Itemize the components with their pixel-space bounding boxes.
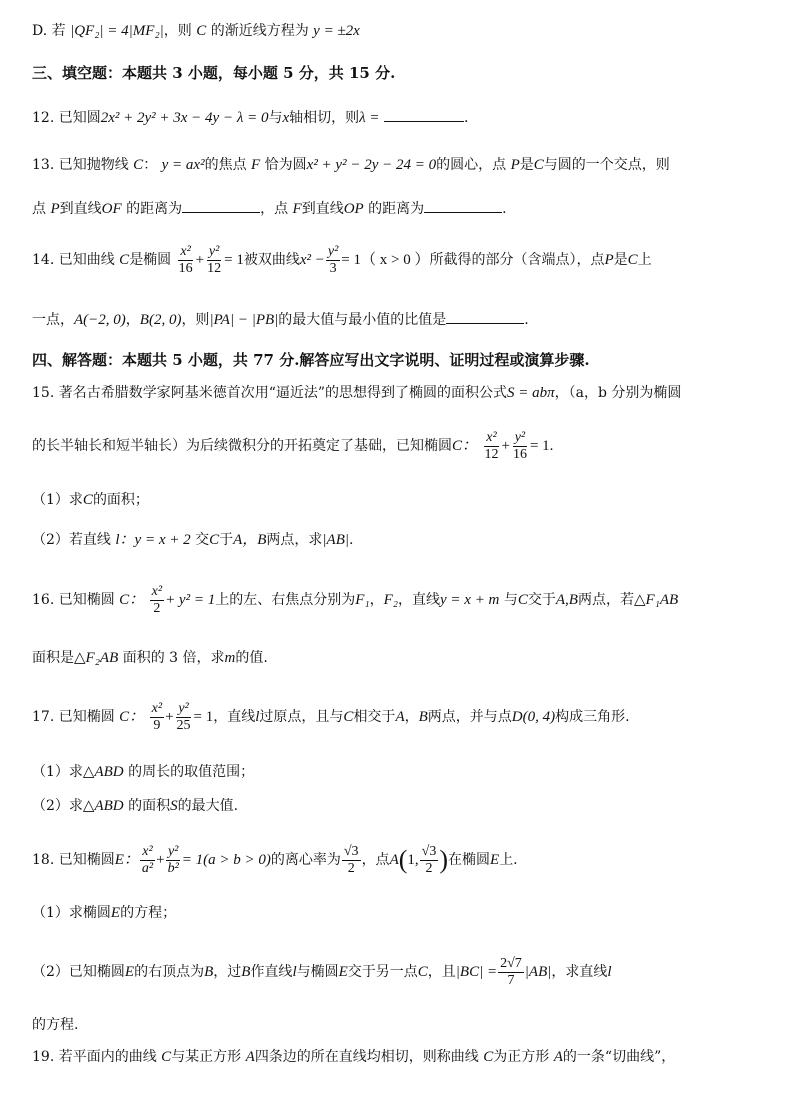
- math-triangle: △F₁AB: [634, 592, 678, 608]
- answer-blank[interactable]: [384, 107, 464, 122]
- numerator: x²: [150, 701, 164, 718]
- question-number: 18. 已知椭圆: [32, 852, 115, 868]
- question-15-part-1: （1）求C的面积；: [32, 490, 149, 510]
- text: 到直线: [60, 201, 102, 217]
- text: 的离心率为: [271, 852, 341, 868]
- numerator: x²: [150, 584, 164, 601]
- math-var: S: [170, 798, 178, 814]
- option-label: D. 若: [32, 23, 66, 39]
- question-number: 15. 著名古希腊数学家阿基米德首次用“逼近法”的思想得到了椭圆的面积公式: [32, 385, 507, 401]
- question-number: 13. 已知抛物线: [32, 157, 129, 173]
- operator: +: [196, 252, 204, 268]
- text: 轴相切，则: [289, 110, 359, 126]
- math-var: C: [133, 157, 143, 173]
- math-var: E：: [115, 852, 139, 868]
- denominator: 3: [328, 261, 339, 277]
- text: ，且: [428, 964, 456, 980]
- text: 在椭圆: [448, 852, 490, 868]
- question-13-line-1: 13. 已知抛物线 C： y = ax²的焦点 F 恰为圆x² + y² − 2…: [32, 155, 670, 175]
- math-equation: = 1: [194, 709, 214, 725]
- text: 一点，: [32, 312, 74, 328]
- text: 点: [32, 201, 46, 217]
- numerator: y²: [176, 701, 190, 718]
- numerator: x²: [178, 244, 192, 261]
- math-equation: = 1.: [530, 438, 553, 454]
- math-var: C: [534, 157, 544, 173]
- text: 过原点，且与: [259, 709, 343, 725]
- math-equation: y = x + m: [440, 592, 499, 608]
- text: 四条边的所在直线均相切，则称曲线: [255, 1049, 479, 1065]
- math-equation: = 1: [341, 252, 361, 268]
- math-equation: y = x + 2: [135, 532, 191, 548]
- numerator: x²: [140, 844, 154, 861]
- text: 是: [520, 157, 534, 173]
- math-var: P: [50, 201, 59, 217]
- text: 的渐近线方程为: [211, 23, 309, 39]
- math-var: F: [293, 201, 302, 217]
- math-var: C：: [119, 709, 144, 725]
- question-15-line-1: 15. 著名古希腊数学家阿基米德首次用“逼近法”的思想得到了椭圆的面积公式S =…: [32, 383, 681, 403]
- denominator: 2: [151, 601, 162, 617]
- text: 的距离为: [368, 201, 424, 217]
- math-var: C: [119, 252, 129, 268]
- question-number: 17. 已知椭圆: [32, 709, 115, 725]
- text: 恰为圆: [265, 157, 307, 173]
- text: ，求直线: [551, 964, 607, 980]
- denominator: 2: [424, 861, 435, 877]
- text: 的一条“切曲线”，: [563, 1049, 675, 1065]
- denominator: 16: [511, 447, 529, 463]
- math-equation: S = abπ: [507, 385, 555, 401]
- text: .: [524, 312, 528, 328]
- text: 的方程；: [120, 905, 176, 921]
- math-expr: |BC| =: [456, 964, 497, 980]
- question-17-line-1: 17. 已知椭圆 C： x²9+y²25= 1，直线l过原点，且与C相交于A，B…: [32, 697, 630, 737]
- part-label: （1）求椭圆: [32, 905, 111, 921]
- part-label: （1）求: [32, 764, 83, 780]
- question-15-part-2: （2）若直线 l：y = x + 2 交C于A，B两点，求|AB|.: [32, 530, 353, 550]
- denominator: b²: [166, 861, 181, 877]
- text: ，: [405, 709, 419, 725]
- text: 是: [614, 252, 628, 268]
- math-var: C：: [119, 592, 144, 608]
- fraction: x²16: [177, 244, 195, 277]
- answer-blank[interactable]: [446, 309, 524, 324]
- math-var: F₁: [355, 592, 369, 608]
- text: .: [349, 532, 353, 548]
- question-12: 12. 已知圆2x² + 2y² + 3x − 4y − λ = 0与x轴相切，…: [32, 107, 468, 128]
- text: 与: [504, 592, 518, 608]
- text: 两点，并与点: [428, 709, 512, 725]
- part-label: （2）已知椭圆: [32, 964, 125, 980]
- math-var: λ =: [359, 110, 379, 126]
- math-var: F: [251, 157, 260, 173]
- text: 上: [638, 252, 652, 268]
- text: 的长半轴长和短半轴长）为后续微积分的开拓奠定了基础，已知椭圆: [32, 438, 452, 454]
- numerator: √3: [420, 844, 439, 861]
- numerator: y²: [513, 430, 527, 447]
- math-equation: = 1: [224, 252, 244, 268]
- math-expr: |AB|: [322, 532, 349, 548]
- math-var: l: [607, 964, 611, 980]
- text: 交于另一点: [348, 964, 418, 980]
- question-15-line-2: 的长半轴长和短半轴长）为后续微积分的开拓奠定了基础，已知椭圆C： x²12+y²…: [32, 426, 553, 466]
- math-triangle: △ABD: [83, 764, 124, 780]
- question-16-line-2: 面积是△F₂AB 面积的 3 倍，求m的值.: [32, 648, 268, 668]
- text: .: [464, 110, 468, 126]
- question-16-line-1: 16. 已知椭圆 C： x²2+ y² = 1上的左、右焦点分别为F₁，F₂，直…: [32, 580, 678, 620]
- math-equation: + y² = 1: [165, 592, 215, 608]
- math-equation: = 1(a > b > 0): [182, 852, 271, 868]
- fraction: y²12: [205, 244, 223, 277]
- math-triangle: △F₂AB: [74, 650, 118, 666]
- math-var: C: [483, 1049, 493, 1065]
- math-var: C: [161, 1049, 171, 1065]
- math-var: m: [225, 650, 236, 666]
- text: 被双曲线: [244, 252, 300, 268]
- math-var: C: [209, 532, 219, 548]
- text: ，则: [181, 312, 209, 328]
- text: 的圆心，点: [436, 157, 506, 173]
- math-var: A: [246, 1049, 255, 1065]
- text: 的最大值与最小值的比值是: [278, 312, 446, 328]
- option-d: D. 若 |QF₂| = 4|MF₂|，则 C 的渐近线方程为 y = ±2x: [32, 21, 360, 41]
- math-var: C: [628, 252, 638, 268]
- denominator: 7: [505, 973, 516, 989]
- fraction: x²2: [150, 584, 164, 617]
- text: 的右顶点为: [134, 964, 204, 980]
- question-19: 19. 若平面内的曲线 C与某正方形 A四条边的所在直线均相切，则称曲线 C为正…: [32, 1047, 675, 1067]
- part-label: （2）求: [32, 798, 83, 814]
- question-14-line-1: 14. 已知曲线 C是椭圆 x²16+y²12= 1被双曲线x² −y²3= 1…: [32, 240, 652, 280]
- text: 与: [268, 110, 282, 126]
- question-18-part-2: （2）已知椭圆E的右顶点为B，过B作直线l与椭圆E交于另一点C，且|BC| =2…: [32, 950, 612, 994]
- math-condition: （ x > 0 ）: [361, 252, 429, 268]
- text: 上的左、右焦点分别为: [215, 592, 355, 608]
- math-var: E: [111, 905, 120, 921]
- text: 的周长的取值范围；: [128, 764, 254, 780]
- fraction: x²12: [482, 430, 500, 463]
- text: 与椭圆: [297, 964, 339, 980]
- math-var: OP: [344, 201, 364, 217]
- part-label: （1）求: [32, 492, 83, 508]
- math-var: C: [196, 23, 206, 39]
- denominator: a²: [140, 861, 155, 877]
- question-17-part-1: （1）求△ABD 的周长的取值范围；: [32, 762, 254, 782]
- text: 是椭圆: [129, 252, 171, 268]
- math-var: C: [83, 492, 93, 508]
- text: 的面积: [128, 798, 170, 814]
- text: 的焦点: [205, 157, 247, 173]
- text: 于: [219, 532, 233, 548]
- math-var: C: [418, 964, 428, 980]
- denominator: 16: [177, 261, 195, 277]
- question-number: 12. 已知圆: [32, 110, 101, 126]
- text: 上.: [499, 852, 517, 868]
- math-var: l：: [115, 532, 134, 548]
- question-18-line-1: 18. 已知椭圆E：x²a²+y²b²= 1(a > b > 0)的离心率为√3…: [32, 838, 518, 882]
- math-equation: 2x² + 2y² + 3x − 4y − λ = 0: [101, 110, 269, 126]
- text: 的值.: [235, 650, 267, 666]
- math-expr: x² −: [300, 252, 325, 268]
- text: 交: [195, 532, 209, 548]
- math-var: E: [490, 852, 499, 868]
- math-var: C: [343, 709, 353, 725]
- fraction: √32: [420, 844, 439, 877]
- fraction: y²25: [175, 701, 193, 734]
- text: 的距离为: [126, 201, 182, 217]
- math-expr: |PA| − |PB|: [209, 312, 278, 328]
- math-var: A,B: [556, 592, 578, 608]
- math-var: A: [395, 709, 404, 725]
- text: 与圆的一个交点，则: [544, 157, 670, 173]
- text: ，（a，b 分别为椭圆: [555, 385, 682, 401]
- answer-blank-2[interactable]: [424, 198, 502, 213]
- text: ，直线: [213, 709, 255, 725]
- text: 与某正方形: [171, 1049, 241, 1065]
- denominator: 9: [151, 718, 162, 734]
- text: ，点: [260, 201, 288, 217]
- math-var: F₂: [384, 592, 398, 608]
- math-equation: y = ax²: [162, 157, 205, 173]
- text: 两点，求: [266, 532, 322, 548]
- question-number: 19. 若平面内的曲线: [32, 1049, 157, 1065]
- numerator: y²: [326, 244, 340, 261]
- math-var: E: [125, 964, 134, 980]
- math-expr: |AB|: [525, 964, 552, 980]
- text: 交于: [528, 592, 556, 608]
- math-point: A(−2, 0): [74, 312, 126, 328]
- question-18-line-3: 的方程.: [32, 1015, 78, 1035]
- text: ，直线: [398, 592, 440, 608]
- fraction: y²b²: [166, 844, 181, 877]
- section-heading-fill-in: 三、填空题：本题共 3 小题，每小题 5 分，共 15 分.: [32, 63, 395, 83]
- question-14-line-2: 一点，A(−2, 0)，B(2, 0)，则|PA| − |PB|的最大值与最小值…: [32, 309, 529, 330]
- numerator: y²: [207, 244, 221, 261]
- paren-right: ): [439, 845, 448, 874]
- text: .: [502, 201, 506, 217]
- text: ，: [126, 312, 140, 328]
- text: 为正方形: [493, 1049, 549, 1065]
- math-equation: x² + y² − 2y − 24 = 0: [307, 157, 436, 173]
- fraction: y²16: [511, 430, 529, 463]
- math-var: OF: [102, 201, 122, 217]
- question-17-part-2: （2）求△ABD 的面积S的最大值.: [32, 796, 238, 816]
- text: 面积的 3 倍，求: [123, 650, 225, 666]
- numerator: 2√7: [498, 956, 524, 973]
- math-var: C：: [452, 438, 477, 454]
- math-equation: y = ±2x: [313, 23, 360, 39]
- text: 相交于: [353, 709, 395, 725]
- math-condition: |QF₂| = 4|MF₂|: [70, 23, 164, 39]
- operator: +: [156, 852, 164, 868]
- math-coord: 1,: [407, 852, 418, 868]
- fraction: x²9: [150, 701, 164, 734]
- text: 的面积；: [93, 492, 149, 508]
- text: ，: [370, 592, 384, 608]
- part-label: （2）若直线: [32, 532, 111, 548]
- question-number: 14. 已知曲线: [32, 252, 115, 268]
- text: 两点，若: [578, 592, 634, 608]
- question-18-part-1: （1）求椭圆E的方程；: [32, 903, 176, 923]
- fraction: 2√77: [498, 956, 524, 989]
- math-var: A: [390, 852, 399, 868]
- math-triangle: △ABD: [83, 798, 124, 814]
- text: 到直线: [302, 201, 344, 217]
- fraction: x²a²: [140, 844, 155, 877]
- math-var: A: [554, 1049, 563, 1065]
- text: ，点: [362, 852, 390, 868]
- section-heading-solutions: 四、解答题：本题共 5 小题，共 77 分.解答应写出文字说明、证明过程或演算步…: [32, 350, 590, 370]
- math-var: B: [204, 964, 213, 980]
- operator: +: [501, 438, 509, 454]
- text: ，则: [164, 23, 192, 39]
- text: ，过: [213, 964, 241, 980]
- text: 所截得的部分（含端点），点: [429, 252, 604, 268]
- numerator: √3: [342, 844, 361, 861]
- text: 作直线: [250, 964, 292, 980]
- numerator: y²: [166, 844, 180, 861]
- denominator: 12: [205, 261, 223, 277]
- text: 的最大值.: [178, 798, 238, 814]
- fraction: y²3: [326, 244, 340, 277]
- math-var: A，B: [233, 532, 266, 548]
- math-point: D(0, 4): [512, 709, 555, 725]
- math-var: P: [511, 157, 520, 173]
- denominator: 25: [175, 718, 193, 734]
- denominator: 2: [346, 861, 357, 877]
- math-var: C: [518, 592, 528, 608]
- text: 构成三角形.: [555, 709, 629, 725]
- math-point: B(2, 0): [140, 312, 182, 328]
- denominator: 12: [482, 447, 500, 463]
- text: 面积是: [32, 650, 74, 666]
- question-13-line-2: 点 P到直线OF 的距离为，点 F到直线OP 的距离为.: [32, 198, 507, 219]
- text: ：: [143, 157, 157, 173]
- question-number: 16. 已知椭圆: [32, 592, 115, 608]
- math-var: P: [604, 252, 613, 268]
- math-var: E: [339, 964, 348, 980]
- operator: +: [165, 709, 173, 725]
- fraction: √32: [342, 844, 361, 877]
- numerator: x²: [484, 430, 498, 447]
- answer-blank-1[interactable]: [182, 198, 260, 213]
- math-var: B: [419, 709, 428, 725]
